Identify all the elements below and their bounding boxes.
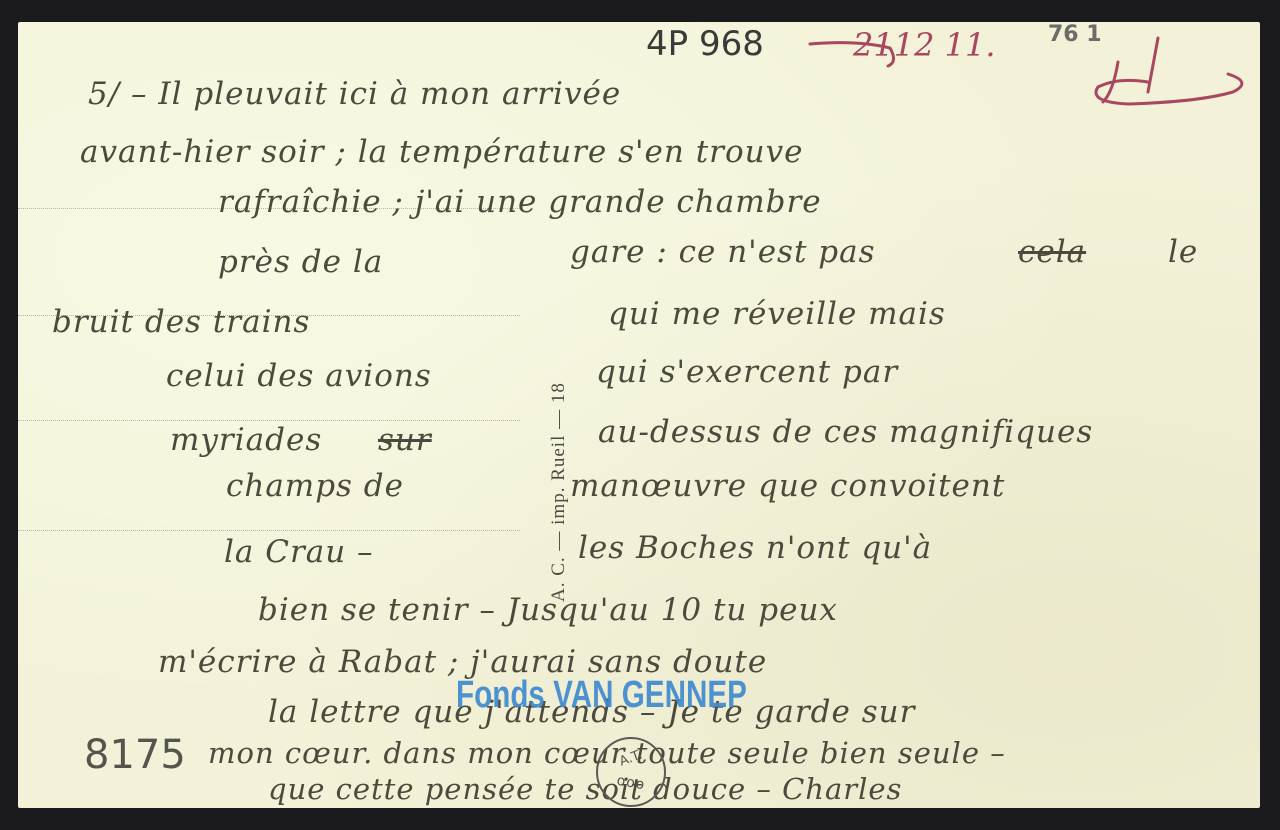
letter-line: les Boches n'ont qu'à — [578, 530, 932, 566]
reference-number: 4P 968 — [646, 24, 764, 64]
postmark-circle: A.T. ooo — [596, 737, 666, 807]
red-annotation: 2112 11. — [853, 26, 996, 64]
letter-line: 5/ – Il pleuvait ici à mon arrivée — [88, 76, 621, 112]
guide-line — [18, 420, 520, 421]
archive-stamp: Fonds VAN GENNEP — [456, 674, 747, 717]
letter-line: myriades — [170, 422, 322, 458]
letter-line: le — [1168, 234, 1198, 270]
letter-line-struck: cela — [1018, 234, 1086, 270]
postmark-bottom-text: ooo — [597, 769, 665, 796]
imprint-text: A. C. — imp. Rueil — 18 — [548, 382, 570, 602]
letter-line: qui s'exercent par — [596, 354, 898, 390]
letter-line: près de la — [218, 244, 383, 280]
inventory-number: 8175 — [84, 732, 186, 778]
letter-line: rafraîchie ; j'ai une grande chambre — [218, 184, 822, 220]
letter-line: champs de — [226, 468, 404, 504]
pencil-annotation: 76 1 — [1048, 22, 1102, 47]
letter-line: que cette pensée te soit douce – Charles — [268, 772, 902, 806]
letter-line: avant-hier soir ; la température s'en tr… — [80, 134, 803, 170]
letter-line-struck: sur — [378, 422, 432, 458]
letter-line: gare : ce n'est pas — [570, 234, 876, 270]
letter-line: bruit des trains — [52, 304, 310, 340]
letter-line: celui des avions — [166, 358, 432, 394]
postcard: A. C. — imp. Rueil — 18 4P 968 2112 11. … — [18, 22, 1260, 808]
letter-line: au-dessus de ces magnifiques — [598, 414, 1093, 450]
letter-line: la Crau – — [224, 534, 374, 570]
letter-line: bien se tenir – Jusqu'au 10 tu peux — [258, 592, 838, 628]
guide-line — [18, 530, 520, 531]
letter-line: qui me réveille mais — [608, 296, 946, 332]
letter-line: manœuvre que convoitent — [570, 468, 1005, 504]
